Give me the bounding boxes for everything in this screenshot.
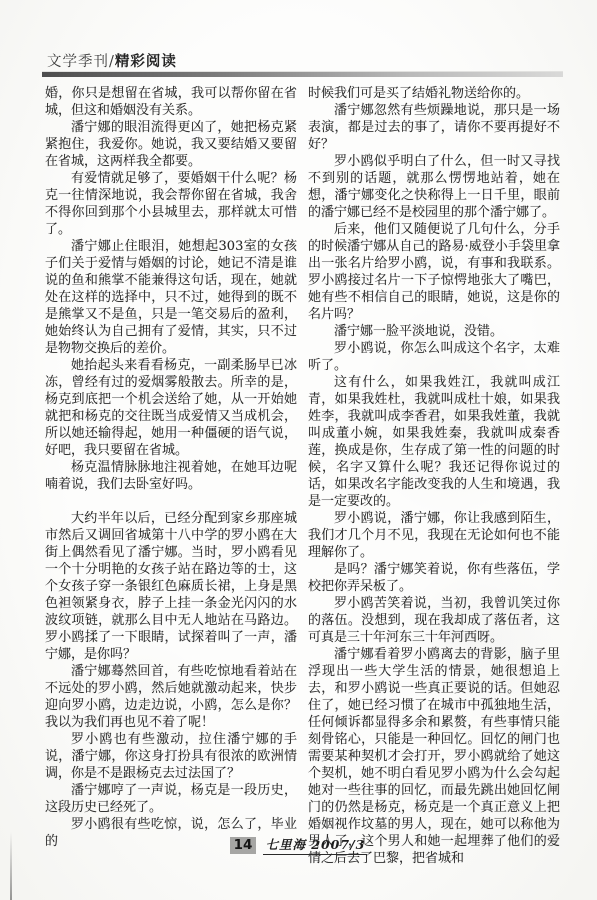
paragraph: 这有什么，如果我姓江，我就叫成江青，如果我姓杜，我就叫成杜十娘，如果我姓李，我就… (308, 374, 560, 510)
scan-edge-artifact (10, 832, 12, 900)
paragraph: 婚，你只是想留在省城，我可以帮你留在省城，但这和婚姻没有关系。 (45, 85, 297, 119)
article-body: 婚，你只是想留在省城，我可以帮你留在省城，但这和婚姻没有关系。 潘宁娜的眼泪流得… (45, 85, 560, 867)
paragraph: 时候我们可是买了结婚礼物送给你的。 (308, 85, 560, 102)
paragraph: 她抬起头来看看杨克，一副柔肠早已冰冻，曾经有过的爱烟雾般散去。所幸的是，杨克到底… (45, 357, 297, 459)
paragraph: 潘宁娜看着罗小鸥离去的背影，脑子里浮现出一些大学生活的情景，她很想追上去，和罗小… (308, 646, 560, 867)
paragraph: 罗小鸥也有些激动，拉住潘宁娜的手说，潘宁娜，你这身打扮具有很浓的欧洲情调，你是不… (45, 731, 297, 782)
page-footer: 14 七里海 2007/3 (0, 835, 597, 855)
page-header: 文学季刊/精彩阅读 (47, 50, 177, 71)
paragraph: 有爱情就足够了，要婚姻干什么呢？杨克一往情深地说，我会帮你留在省城，我舍不得你回… (45, 170, 297, 238)
paragraph: 杨克温情脉脉地注视着她，在她耳边呢喃着说，我们去卧室好吗。 (45, 459, 297, 493)
paragraph: 潘宁娜的眼泪流得更凶了，她把杨克紧紧抱住，我爱你。她说，我又要结婚又要留在省城，… (45, 119, 297, 170)
column-title: 精彩阅读 (115, 53, 177, 70)
paragraph: 潘宁娜蓦然回首，有些吃惊地看着站在不远处的罗小鸥，然后她就激动起来，快步迎向罗小… (45, 663, 297, 731)
paragraph: 大约半年以后，已经分配到家乡那座城市然后又调回省城第十八中学的罗小鸥在大街上偶然… (45, 510, 297, 663)
left-column: 婚，你只是想留在省城，我可以帮你留在省城，但这和婚姻没有关系。 潘宁娜的眼泪流得… (45, 85, 297, 867)
journal-title: 七里海 2007/3 (263, 835, 367, 855)
paragraph: 罗小鸥说，潘宁娜，你让我感到陌生，我们才几个月不见，我现在无论如何也不能理解你了… (308, 510, 560, 561)
paragraph: 是吗？潘宁娜笑着说，你有些落伍，学校把你弄呆板了。 (308, 561, 560, 595)
paragraph: 潘宁娜忽然有些烦躁地说，那只是一场表演，都是过去的事了，请你不要再提好不好？ (308, 102, 560, 153)
page-number-badge: 14 (230, 837, 257, 854)
section-break (45, 493, 297, 510)
header-rule (42, 71, 563, 77)
journal-section-label: 文学季刊/ (47, 54, 115, 70)
right-column: 时候我们可是买了结婚礼物送给你的。 潘宁娜忽然有些烦躁地说，那只是一场表演，都是… (308, 85, 560, 867)
paragraph: 罗小鸥说，你怎么叫成这个名字，太难听了。 (308, 340, 560, 374)
magazine-page: 文学季刊/精彩阅读 婚，你只是想留在省城，我可以帮你留在省城，但这和婚姻没有关系… (0, 0, 597, 900)
paragraph: 潘宁娜一脸平淡地说，没错。 (308, 323, 560, 340)
paragraph: 后来，他们又随便说了几句什么，分手的时候潘宁娜从自己的路易·威登小手袋里拿出一张… (308, 221, 560, 323)
paragraph: 潘宁娜止住眼泪，她想起303室的女孩子们关于爱情与婚姻的讨论，她记不清是谁说的鱼… (45, 238, 297, 357)
paragraph: 潘宁娜哼了一声说，杨克是一段历史，这段历史已经死了。 (45, 782, 297, 816)
paragraph: 罗小鸥苦笑着说，当初，我曾讥笑过你的落伍。没想到，现在我却成了落伍者，这可真是三… (308, 595, 560, 646)
paragraph: 罗小鸥似乎明白了什么，但一时又寻找不到别的话题，就那么愣愣地站着，她在想，潘宁娜… (308, 153, 560, 221)
